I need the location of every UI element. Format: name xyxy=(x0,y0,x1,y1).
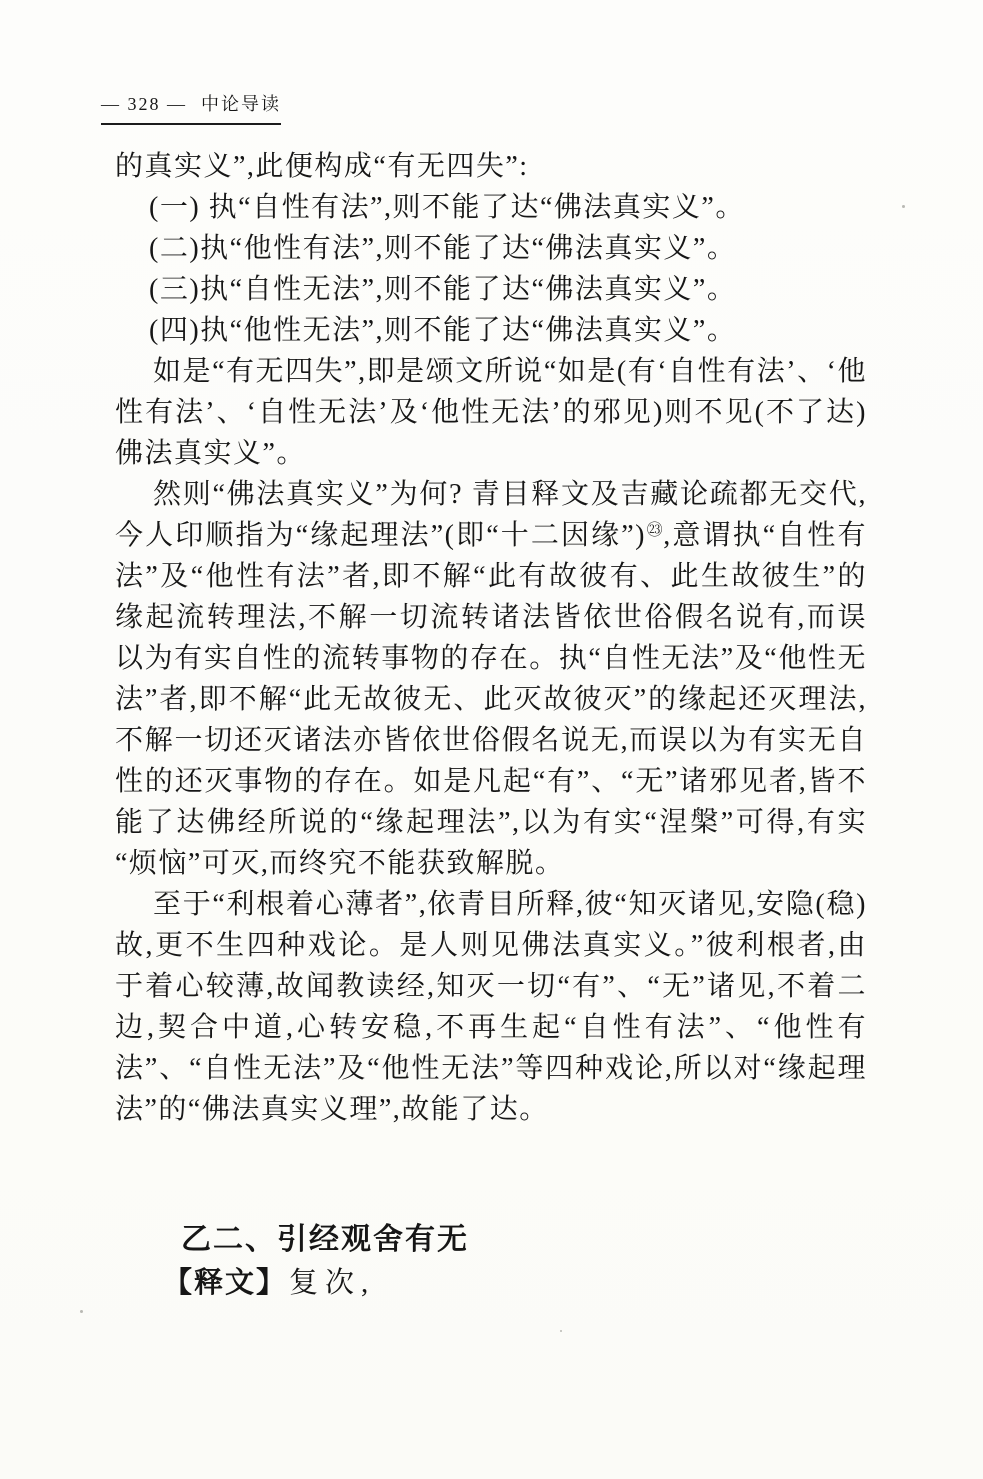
scan-speckle xyxy=(902,205,905,208)
paragraph-summary: 如是“有无四失”,即是颂文所说“如是(有‘自性有法’、‘他性有法’、‘自性无法’… xyxy=(115,351,867,474)
book-title: 中论导读 xyxy=(201,94,281,114)
scan-speckle xyxy=(560,1330,562,1332)
list-item-1: (一) 执“自性有法”,则不能了达“佛法真实义”。 xyxy=(115,187,867,228)
running-head: — 328 —中论导读 xyxy=(101,90,281,125)
paragraph-continuation: 的真实义”,此便构成“有无四失”: xyxy=(115,146,867,187)
list-item-4: (四)执“他性无法”,则不能了达“佛法真实义”。 xyxy=(115,310,867,351)
paragraph-sharp-roots: 至于“利根着心薄者”,依青目所释,彼“知灭诸见,安隐(稳)故,更不生四种戏论。是… xyxy=(115,884,867,1130)
shiwen-text: 复次, xyxy=(289,1267,375,1299)
scan-speckle xyxy=(80,1310,83,1313)
page-body: 的真实义”,此便构成“有无四失”: (一) 执“自性有法”,则不能了达“佛法真实… xyxy=(115,146,867,1130)
page-number: — 328 — xyxy=(101,94,187,114)
paragraph-explanation: 然则“佛法真实义”为何? 青目释文及吉藏论疏都无交代,今人印顺指为“缘起理法”(… xyxy=(115,474,867,884)
footnote-marker: ㉓ xyxy=(646,522,663,539)
shiwen-line: 【释文】复次, xyxy=(163,1260,375,1301)
shiwen-label: 【释文】 xyxy=(163,1267,287,1299)
paragraph-text: ,意谓执“自性有法”及“他性有法”者,即不解“此有故彼有、此生故彼生”的缘起流转… xyxy=(115,520,867,879)
list-item-2: (二)执“他性有法”,则不能了达“佛法真实义”。 xyxy=(115,228,867,269)
book-page: — 328 —中论导读 的真实义”,此便构成“有无四失”: (一) 执“自性有法… xyxy=(0,0,983,1479)
section-heading: 乙二、引经观舍有无 xyxy=(181,1214,469,1258)
list-item-3: (三)执“自性无法”,则不能了达“佛法真实义”。 xyxy=(115,269,867,310)
